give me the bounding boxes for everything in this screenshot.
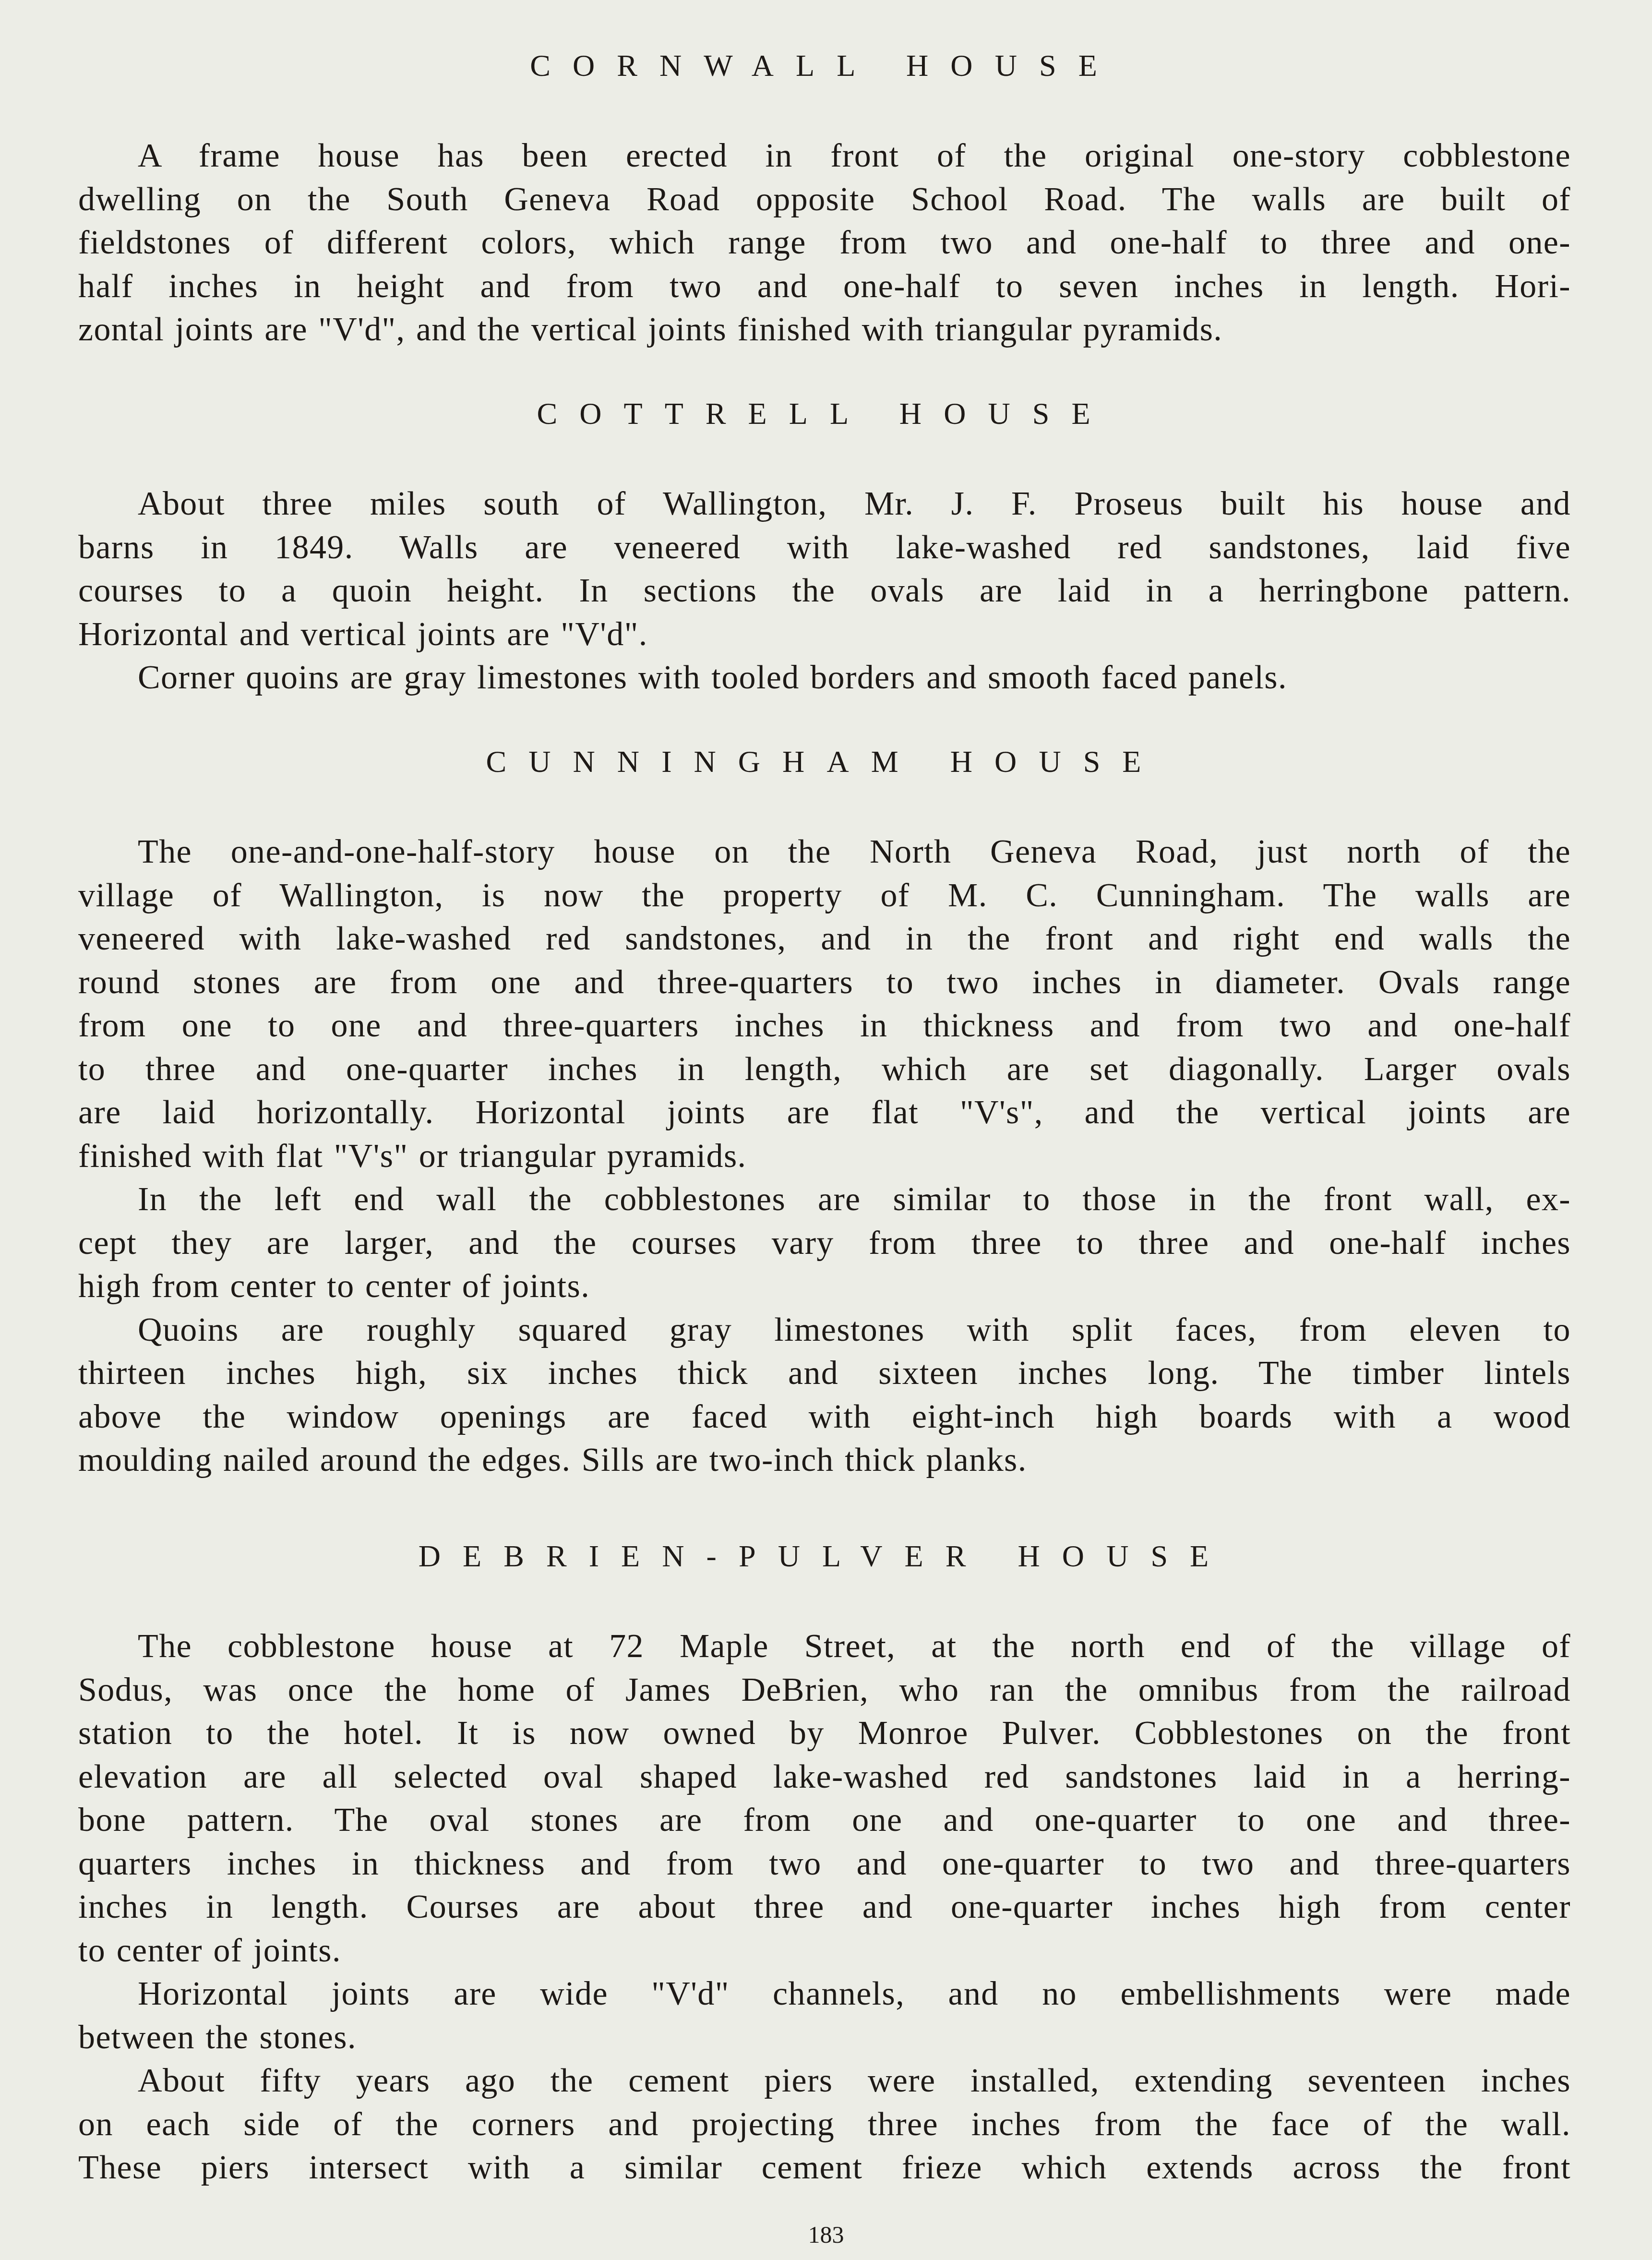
page-number: 183 <box>0 2223 1652 2247</box>
section-heading: DEBRIEN-PULVER HOUSE <box>78 1541 1571 1572</box>
body-text-line: moulding nailed around the edges. Sills … <box>78 1443 1571 1477</box>
body-text-line: barns in 1849. Walls are veneered with l… <box>78 531 1571 565</box>
body-text-line: elevation are all selected oval shaped l… <box>78 1760 1571 1794</box>
body-text-line: fieldstones of different colors, which r… <box>78 226 1571 260</box>
body-text-line: Sodus, was once the home of James DeBrie… <box>78 1673 1571 1707</box>
body-text-line: Horizontal joints are wide "V'd" channel… <box>138 1977 1571 2011</box>
body-text-line: The one-and-one-half-story house on the … <box>138 835 1571 869</box>
body-text-line: In the left end wall the cobblestones ar… <box>138 1183 1571 1216</box>
body-text-line: These piers intersect with a similar cem… <box>78 2151 1571 2185</box>
body-text-line: About fifty years ago the cement piers w… <box>138 2064 1571 2098</box>
body-text-line: station to the hotel. It is now owned by… <box>78 1717 1571 1750</box>
section-heading: CUNNINGHAM HOUSE <box>78 746 1571 777</box>
body-text-line: on each side of the corners and projecti… <box>78 2108 1571 2141</box>
body-text-line: Quoins are roughly squared gray limeston… <box>138 1313 1571 1347</box>
body-text-line: cept they are larger, and the courses va… <box>78 1226 1571 1260</box>
body-text-line: from one to one and three-quarters inche… <box>78 1009 1571 1043</box>
body-text-line: veneered with lake-washed red sandstones… <box>78 922 1571 956</box>
body-text-line: above the window openings are faced with… <box>78 1400 1571 1434</box>
body-text-line: courses to a quoin height. In sections t… <box>78 574 1571 608</box>
section-heading: CORNWALL HOUSE <box>78 50 1571 81</box>
body-text-line: bone pattern. The oval stones are from o… <box>78 1803 1571 1837</box>
body-text-line: inches in length. Courses are about thre… <box>78 1890 1571 1924</box>
body-text-line: thirteen inches high, six inches thick a… <box>78 1357 1571 1390</box>
body-text-line: between the stones. <box>78 2021 1571 2055</box>
body-text-line: dwelling on the South Geneva Road opposi… <box>78 183 1571 216</box>
body-text-line: Horizontal and vertical joints are "V'd"… <box>78 618 1571 651</box>
body-text-line: are laid horizontally. Horizontal joints… <box>78 1096 1571 1130</box>
body-text-line: half inches in height and from two and o… <box>78 270 1571 303</box>
body-text-line: A frame house has been erected in front … <box>138 139 1571 173</box>
body-text-line: The cobblestone house at 72 Maple Street… <box>138 1630 1571 1663</box>
body-text-line: About three miles south of Wallington, M… <box>138 487 1571 521</box>
body-text-line: village of Wallington, is now the proper… <box>78 879 1571 913</box>
body-text-line: finished with flat "V's" or triangular p… <box>78 1140 1571 1173</box>
body-text-line: high from center to center of joints. <box>78 1270 1571 1303</box>
body-text-line: zontal joints are "V'd", and the vertica… <box>78 313 1571 347</box>
body-text-line: round stones are from one and three-quar… <box>78 966 1571 999</box>
body-text-line: quarters inches in thickness and from tw… <box>78 1847 1571 1881</box>
section-heading: COTTRELL HOUSE <box>78 398 1571 429</box>
body-text-line: to center of joints. <box>78 1934 1571 1968</box>
body-text-line: to three and one-quarter inches in lengt… <box>78 1053 1571 1086</box>
body-text-line: Corner quoins are gray limestones with t… <box>138 661 1571 695</box>
